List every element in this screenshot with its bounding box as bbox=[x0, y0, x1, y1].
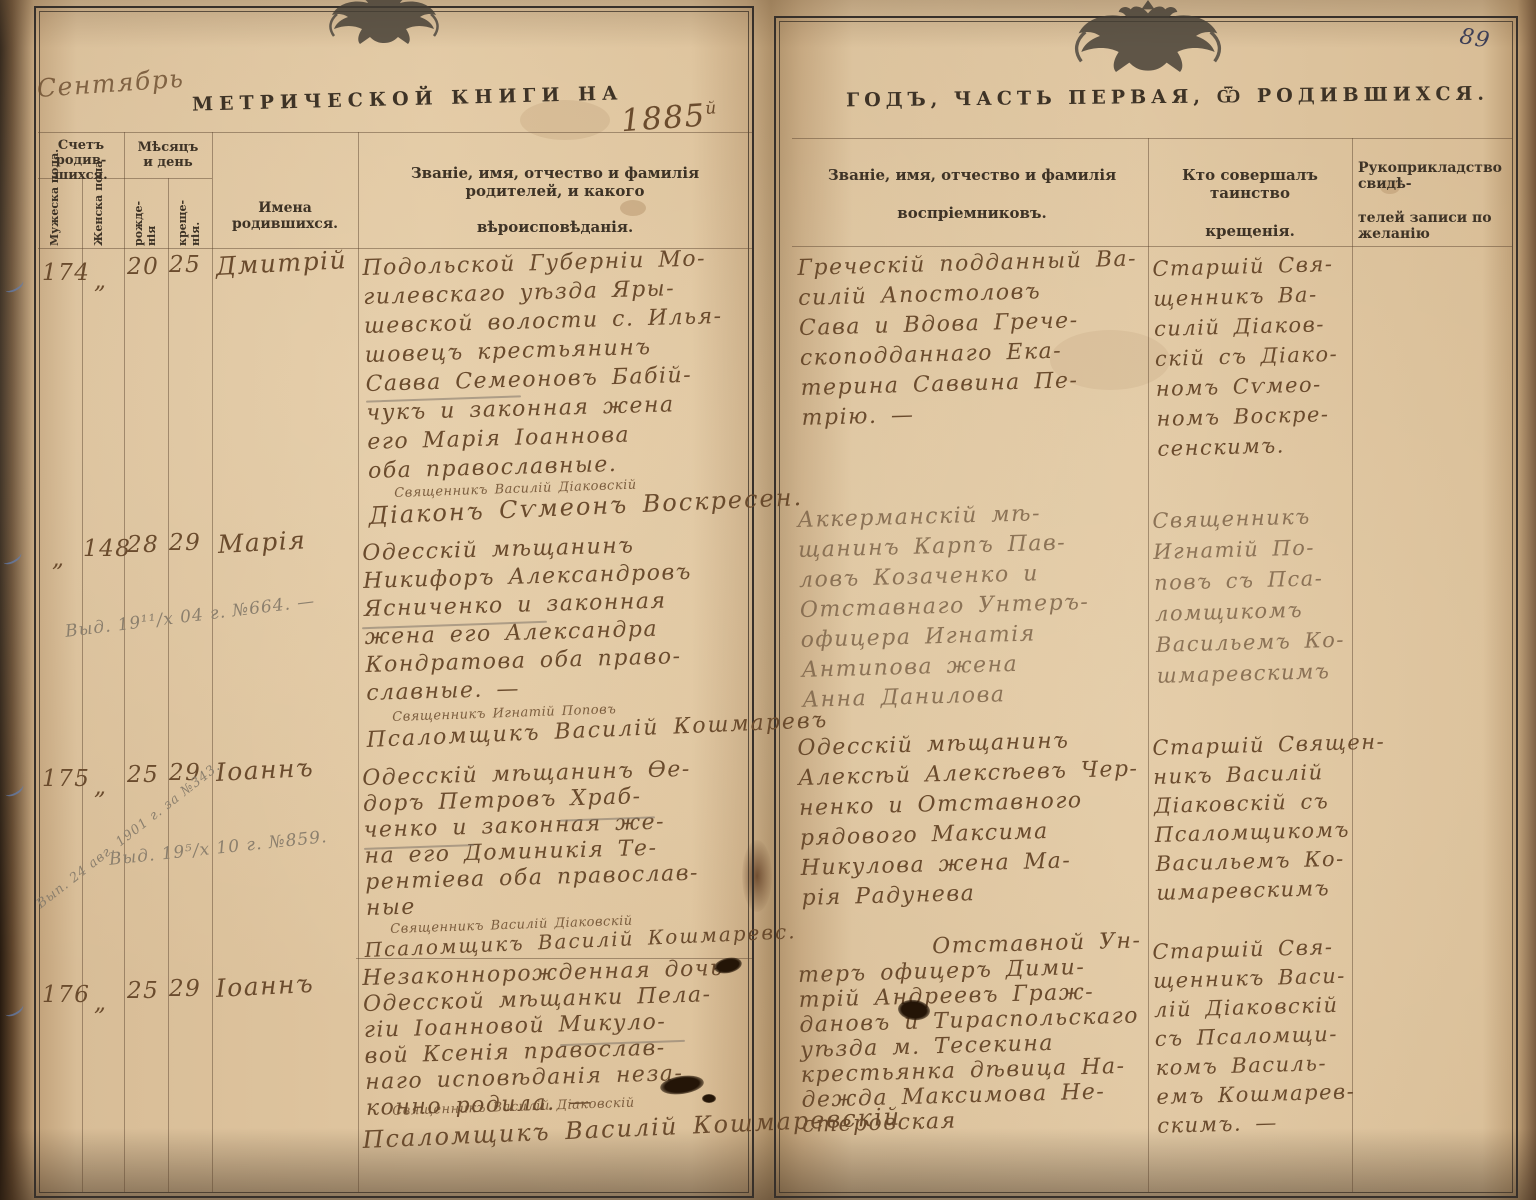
baptism-day: 29 bbox=[169, 530, 201, 556]
entry-number-female: „ bbox=[94, 774, 107, 800]
clergy-text: СвященникъИгнатій По-повъ съ Пса-ломщико… bbox=[1152, 500, 1355, 691]
table-line bbox=[82, 178, 83, 1192]
table-line bbox=[38, 132, 752, 133]
child-name: Іоаннъ bbox=[215, 753, 315, 787]
birth-day: 25 bbox=[127, 762, 159, 788]
column-header-date: Мѣсяцъи день bbox=[124, 140, 212, 170]
table-line bbox=[124, 132, 125, 1192]
entry-number-male: 174 bbox=[42, 260, 90, 286]
baptism-day: 29 bbox=[169, 976, 201, 1002]
column-header-parents: Званіе, имя, отчество и фамилія родителе… bbox=[362, 164, 748, 236]
metrical-book-scan: 89 Сентябрь МЕТРИЧЕСКОЙ КНИГИ НА 1885й Г… bbox=[0, 0, 1536, 1200]
entry-number-female: „ bbox=[94, 990, 107, 1016]
page-number: 89 bbox=[1458, 24, 1493, 54]
year-handwritten: 1885й bbox=[552, 61, 722, 180]
imperial-eagle-stamp-left bbox=[318, 0, 450, 44]
child-name: Марія bbox=[217, 525, 307, 559]
parents-text: Незаконнорожденная дочьОдесской мѣщанки … bbox=[362, 955, 758, 1122]
clergy-text: Старшій Свя-щенникъ Васи-лій Діаковскійс… bbox=[1152, 932, 1356, 1140]
table-line bbox=[358, 132, 359, 1192]
godparents-text: Одесскій мѣщанинъАлексѣй Алексѣевъ Чер-н… bbox=[797, 724, 1150, 914]
entry-number-female: „ bbox=[94, 268, 107, 294]
godparents-text: Отставной Ун-теръ офицеръ Дими-трій Андр… bbox=[797, 928, 1150, 1138]
birth-day: 20 bbox=[127, 254, 159, 280]
column-header-witnesses: Рукоприкладство свидѣ- телей записи по ж… bbox=[1358, 160, 1510, 242]
godparents-text: Аккерманскій мѣ-щанинъ Карпъ Пав-ловъ Ко… bbox=[797, 496, 1151, 716]
entry-number-male: 176 bbox=[42, 982, 90, 1008]
entry-number-male: „ bbox=[52, 546, 65, 572]
imperial-eagle-stamp-right bbox=[1066, 0, 1230, 72]
column-header-baptism: креще- нія. bbox=[176, 182, 202, 246]
year-suffix: й bbox=[705, 98, 719, 119]
child-name: Іоаннъ bbox=[215, 969, 315, 1003]
godparents-text: Греческій подданный Ва-силій АпостоловъС… bbox=[797, 244, 1150, 434]
baptism-day: 25 bbox=[169, 252, 201, 278]
column-header-names: Имена родившихся. bbox=[212, 200, 358, 232]
birth-day: 25 bbox=[127, 978, 159, 1004]
clergy-text: Старшій Свя-щенникъ Ва-силій Діаков-скій… bbox=[1152, 248, 1356, 463]
table-line bbox=[792, 138, 1512, 139]
birth-day: 28 bbox=[127, 532, 159, 558]
entry-number-male: 175 bbox=[42, 766, 90, 792]
table-line bbox=[792, 246, 1512, 247]
column-header-clergy: Кто совершалъ таинство крещенія. bbox=[1152, 166, 1348, 240]
clergy-text: Старшій Священ-никъ ВасилійДіаковскій съ… bbox=[1152, 728, 1355, 907]
parents-text: Одесскій мѣщанинъ Ѳе-доръ Петровъ Храб-ч… bbox=[362, 755, 758, 922]
column-header-godparents: Званіе, имя, отчество и фамилія воспріем… bbox=[812, 166, 1132, 222]
column-header-female: Женска пола bbox=[92, 182, 105, 246]
parents-text: Подольской Губерніи Мо-гилевскаго уѣзда … bbox=[362, 243, 760, 486]
entry-number-female: 148 bbox=[83, 536, 131, 562]
table-line bbox=[212, 132, 213, 1192]
column-header-birth: рожде- нія bbox=[132, 182, 158, 246]
ink-blot bbox=[702, 1094, 716, 1103]
column-header-male: Мужеска пола. bbox=[48, 182, 61, 246]
table-line bbox=[168, 178, 169, 1192]
parents-text: Одесскій мѣщанинъНикифоръ АлександровъЯс… bbox=[362, 529, 759, 708]
